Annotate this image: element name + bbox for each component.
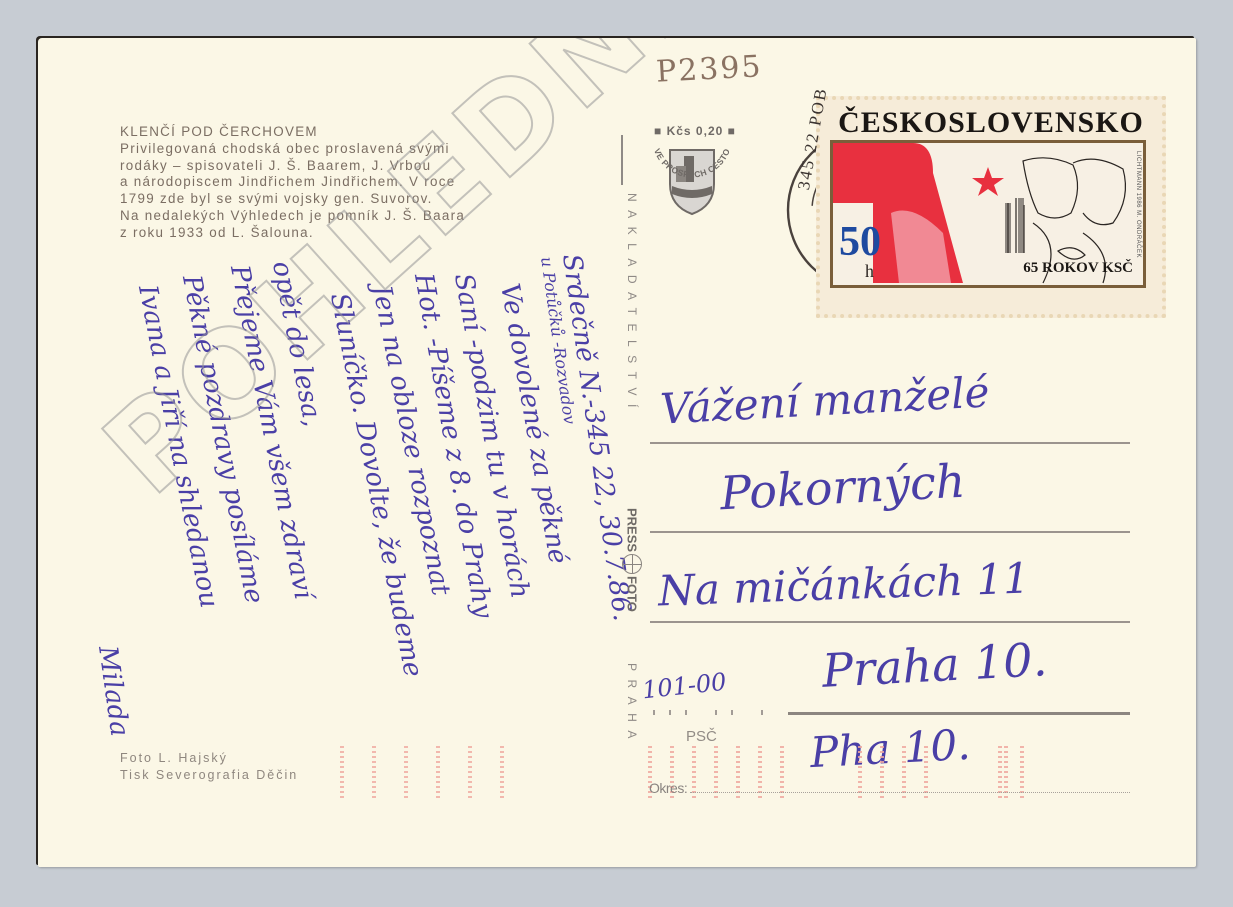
stamp-designer: LICHTMANN 1986 M. ONDRÁČEK <box>1135 151 1141 258</box>
caption-line: z roku 1933 od L. Šalouna. <box>120 225 590 242</box>
caption-line: Na nedalekých Výhledech je pomník J. Š. … <box>120 208 590 225</box>
inventory-code: P2395 <box>655 49 763 90</box>
publisher-city: PRAHA <box>625 663 639 747</box>
psc-label: PSČ <box>686 728 717 745</box>
address-line-rule <box>650 531 1130 533</box>
address-name: Pokorných <box>719 454 967 521</box>
stamp-value: 50 <box>839 221 881 263</box>
postcard-back: P2395 KLENČÍ POD ČERCHOVEM Privilegovaná… <box>38 38 1196 867</box>
sorting-marks-left <box>334 744 534 800</box>
castle-shield-icon: VE PROSPĚCH CESTOVNÍHO RUCHU <box>646 136 738 228</box>
address-city-rule <box>788 712 1130 715</box>
address-zip: 101-00 <box>641 668 728 705</box>
psc-boxes <box>653 710 763 715</box>
tourism-emblem: ■ Kčs 0,20 ■ VE PROSPĚCH CESTOVNÍHO RUCH… <box>646 124 738 228</box>
caption: KLENČÍ POD ČERCHOVEM Privilegovaná chods… <box>120 124 590 242</box>
logo-foto: FOTO <box>625 576 640 612</box>
caption-line: 1799 zde byl se svými vojsky gen. Suvoro… <box>120 191 590 208</box>
publisher-name: NAKLADATELSTVÍ <box>625 193 639 416</box>
caption-line: Privilegovaná chodská obec proslavená sv… <box>120 141 590 158</box>
caption-line: a národopiscem Jindřichem Jindřichem. V … <box>120 174 590 191</box>
globe-icon <box>622 554 642 574</box>
address-line-rule <box>650 621 1130 623</box>
stamp-image-frame: 50 h 65 ROKOV KSČ LICHTMANN 1986 M. ONDR… <box>830 140 1146 288</box>
caption-title: KLENČÍ POD ČERCHOVEM <box>120 124 590 141</box>
print-credit: Tisk Severografia Děčin <box>120 767 298 784</box>
publisher-imprint: NAKLADATELSTVÍ PRESS FOTO PRAHA <box>622 193 642 723</box>
okres-label: Okres: <box>649 780 687 796</box>
address-line-rule <box>650 442 1130 444</box>
photo-credit: Foto L. Hajský <box>120 750 298 767</box>
address-city: Praha 10. <box>821 632 1049 698</box>
okres-dotted-line <box>690 792 1130 793</box>
stamp-unit: h <box>865 261 874 282</box>
divider-line <box>621 135 623 185</box>
address-recipient: Vážení manželé <box>659 367 991 433</box>
caption-line: rodáky – spisovateli J. Š. Baarem, J. Vr… <box>120 158 590 175</box>
pressfoto-logo: PRESS FOTO <box>620 508 644 644</box>
logo-press: PRESS <box>625 508 640 552</box>
credits: Foto L. Hajský Tisk Severografia Děčin <box>120 750 298 784</box>
address-street: Na mičánkách 11 <box>657 554 1030 616</box>
postage-stamp: ČESKOSLOVENSKO 50 h 65 <box>816 96 1166 318</box>
stamp-country: ČESKOSLOVENSKO <box>828 106 1154 140</box>
stamp-legend: 65 ROKOV KSČ <box>1023 260 1133 277</box>
message-signature: Milada <box>94 644 132 738</box>
